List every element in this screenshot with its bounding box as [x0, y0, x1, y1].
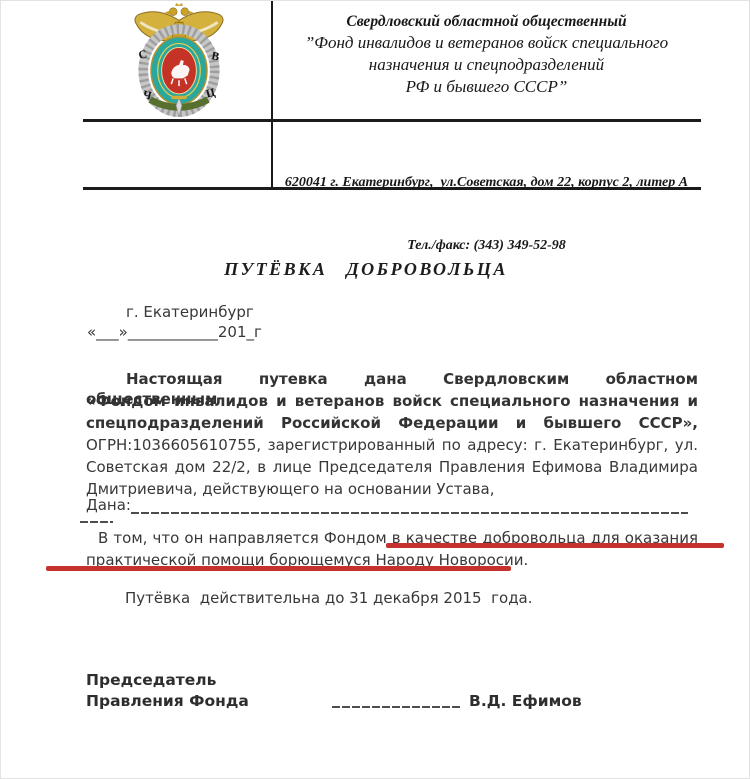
signature-role-line: Председатель [86, 671, 216, 689]
issued-to-fill-line-short [80, 521, 113, 523]
body-line: Советская дом 22/2, в лице Председателя … [86, 457, 698, 477]
signature-name: В.Д. Ефимов [469, 692, 582, 710]
body-line: Дмитриевича, действующего на основании У… [86, 479, 698, 499]
org-name-line: Свердловский областной общественный [272, 11, 701, 32]
org-address-line: 620041 г. Екатеринбург, ул.Советская, до… [272, 172, 701, 193]
org-name-line: РФ и бывшего СССР” [272, 76, 701, 98]
issued-to-fill-line [131, 512, 688, 514]
signature-role-line: Правления Фонда [86, 692, 249, 710]
letterhead-top-rule [83, 119, 701, 122]
validity-line: Путёвка действительна до 31 декабря 2015… [125, 589, 533, 607]
city-line: г. Екатеринбург [126, 303, 254, 321]
fund-emblem-icon: С В Ч Ц [128, 3, 230, 117]
issued-to-label: Дана: [86, 496, 131, 514]
signature-fill-line [332, 706, 460, 708]
org-name-line: ”Фонд инвалидов и ветеранов войск специа… [272, 32, 701, 54]
body-line: ОГРН:1036605610755, зарегистрированный п… [86, 435, 698, 455]
org-name-line: назначения и спецподразделений [272, 54, 701, 76]
red-underline-mark [386, 543, 724, 548]
red-underline-mark [46, 566, 511, 571]
volunteer-voucher-document: С В Ч Ц Свердловский областной обществен… [0, 0, 750, 779]
org-phone-line: Тел./факс: (343) 349-52-98 [272, 235, 701, 256]
body-line: спецподразделений Российской Федерации и… [86, 413, 698, 433]
document-title: ПУТЁВКА ДОБРОВОЛЬЦА [1, 259, 731, 280]
emblem-letter: В [210, 49, 221, 63]
org-name-block: Свердловский областной общественный ”Фон… [272, 11, 701, 98]
body-line: «Фондом инвалидов и ветеранов войск спец… [86, 391, 698, 411]
date-blank-line: «___»____________201_г [87, 323, 262, 341]
